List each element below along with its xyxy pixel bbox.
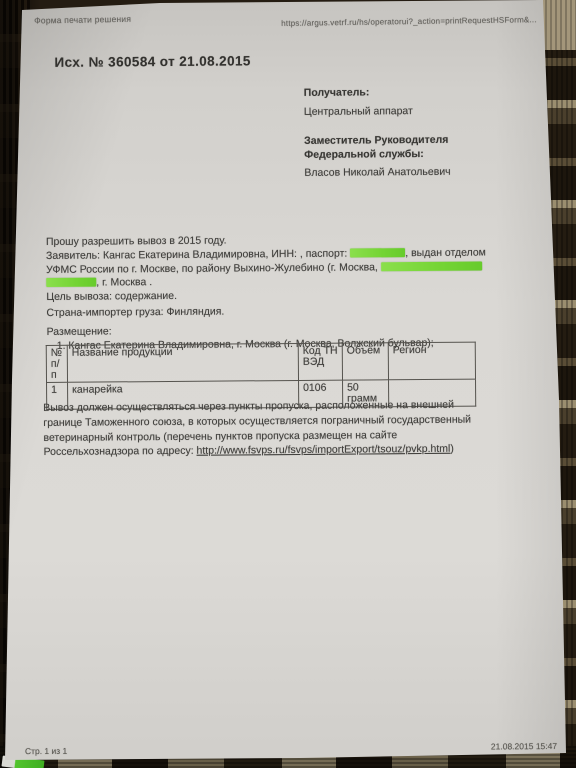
fsvps-link: http://www.fsvps.ru/fsvps/importExport/t… <box>196 443 450 457</box>
export-note-line4: Россельхознадзора по адресу: http://www.… <box>44 442 472 460</box>
redaction-bar-passport <box>350 248 405 257</box>
print-header-url: https://argus.vetrf.ru/hs/operatorui?_ac… <box>281 15 537 28</box>
table-header-num: № п/п <box>46 345 67 382</box>
recipient-value: Центральный аппарат <box>304 103 534 119</box>
recipient-label: Получатель: <box>304 84 534 100</box>
table-header-volume: Объём <box>342 343 388 380</box>
purpose-line: Цель вывоза: содержание. <box>46 288 486 305</box>
table-header-code: Код ТН ВЭД <box>298 343 342 380</box>
outgoing-number: Исх. № 360584 от 21.08.2015 <box>54 53 250 70</box>
table-header-product: Название продукции <box>67 343 298 382</box>
page-number: Стр. 1 из 1 <box>25 746 67 756</box>
table-header-region: Регион <box>388 342 475 380</box>
official-name: Власов Николай Анатольевич <box>304 164 534 180</box>
document-content: Форма печати решения https://argus.vetrf… <box>0 0 576 768</box>
photo-of-document: { "page": { "print_header": { "left": "Ф… <box>0 0 576 768</box>
print-header-title: Форма печати решения <box>34 14 131 26</box>
official-title: Заместитель Руководителя Федеральной слу… <box>304 132 519 162</box>
redaction-bar-address <box>381 261 482 271</box>
importer-line: Страна-импортер груза: Финляндия. <box>46 303 486 320</box>
table-header-row: № п/п Название продукции Код ТН ВЭД Объё… <box>46 342 475 382</box>
paper-sheet: Форма печати решения https://argus.vetrf… <box>0 0 576 768</box>
print-timestamp: 21.08.2015 15:47 <box>491 741 557 752</box>
redaction-bar-street <box>46 278 96 287</box>
